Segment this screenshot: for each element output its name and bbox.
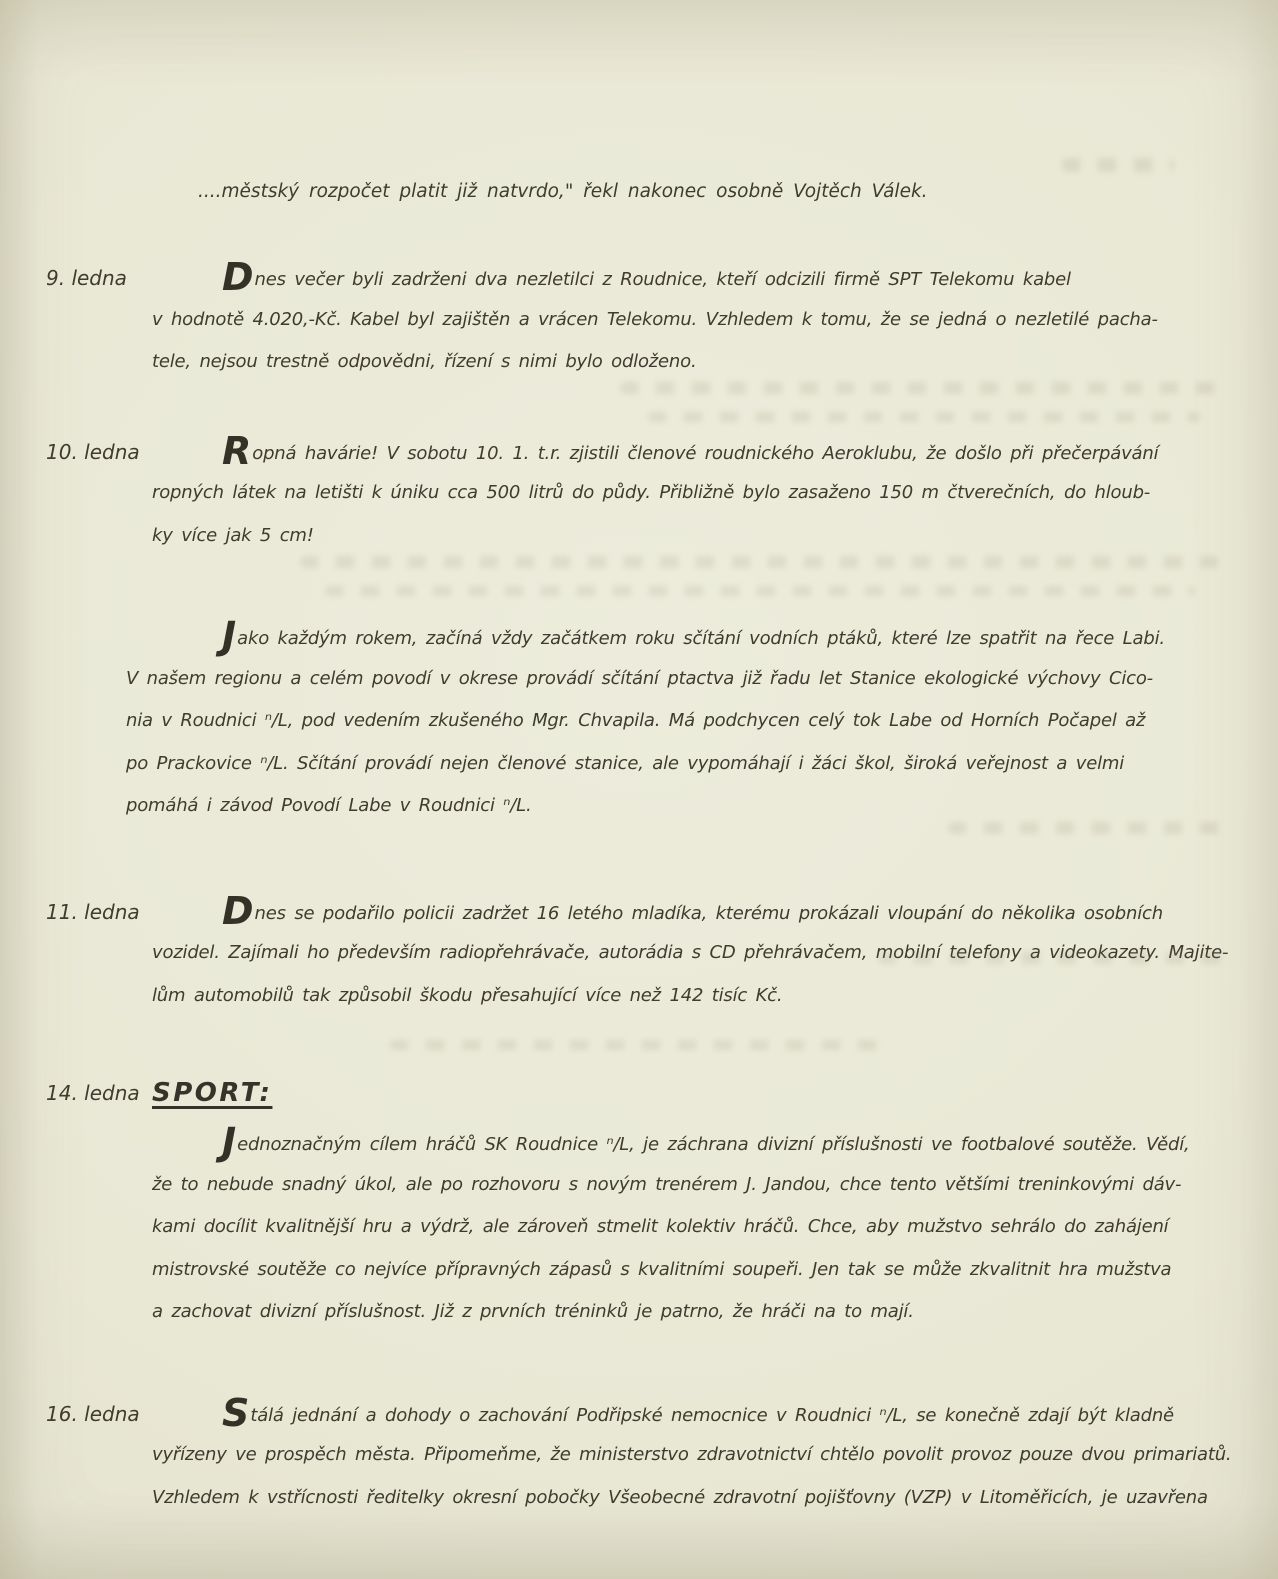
entry-line-text: nes se podařilo policii zadržet 16 letéh… xyxy=(255,903,1163,924)
entry-line: po Prackovice ⁿ/L. Sčítání provádí nejen… xyxy=(126,743,1250,786)
entry-date: 16. ledna xyxy=(0,1392,152,1436)
entry-line: V našem regionu a celém povodí v okrese … xyxy=(126,658,1250,701)
bleed-through-artifact xyxy=(300,556,1220,568)
drop-cap: J xyxy=(222,1120,236,1164)
entry-line-text: ako každým rokem, začíná vždy začátkem r… xyxy=(237,628,1165,649)
entry-body: Jako každým rokem, začíná vždy začátkem … xyxy=(152,615,1278,828)
entry-body: Ropná havárie! V sobotu 10. 1. t.r. zjis… xyxy=(152,430,1278,558)
entry-line: a zachovat divizní příslušnost. Již z pr… xyxy=(152,1291,1250,1334)
entry-14-ledna-sport: 14. ledna SPORT: Jednoznačným cílem hráč… xyxy=(0,1071,1278,1334)
entry-line: že to nebude snadný úkol, ale po rozhovo… xyxy=(152,1164,1250,1207)
entry-9-ledna: 9. ledna Dnes večer byli zadrženi dva ne… xyxy=(0,256,1278,384)
entry-line: nia v Roudnici ⁿ/L, pod vedením zkušenéh… xyxy=(126,700,1250,743)
entry-10-ledna: 10. ledna Ropná havárie! V sobotu 10. 1.… xyxy=(0,430,1278,558)
entry-line: tele, nejsou trestně odpovědni, řízení s… xyxy=(152,341,1250,384)
entry-date: 9. ledna xyxy=(0,256,152,300)
entry-line-text: nes večer byli zadrženi dva nezletilci z… xyxy=(255,269,1071,290)
entry-line: ropných látek na letišti k úniku cca 500… xyxy=(152,472,1250,515)
entry-date: 11. ledna xyxy=(0,890,152,934)
drop-cap: D xyxy=(222,255,254,299)
continuation-line: ....městský rozpočet platit již natvrdo,… xyxy=(198,170,1278,214)
entry-line: kami docílit kvalitnější hru a výdrž, al… xyxy=(152,1206,1250,1249)
entry-line: Dnes se podařilo policii zadržet 16 leté… xyxy=(152,890,1250,933)
entry-bird-census: Jako každým rokem, začíná vždy začátkem … xyxy=(0,615,1278,828)
drop-cap: D xyxy=(222,889,254,933)
bleed-through-artifact xyxy=(648,412,1200,422)
sport-heading-row: SPORT: xyxy=(152,1071,1250,1121)
entry-line: ky více jak 5 cm! xyxy=(152,515,1250,558)
entry-line: Jako každým rokem, začíná vždy začátkem … xyxy=(152,615,1250,658)
chronicle-page: ....městský rozpočet platit již natvrdo,… xyxy=(0,0,1278,1579)
entry-line: vozidel. Zajímali ho především radiopřeh… xyxy=(152,932,1250,975)
bleed-through-artifact xyxy=(390,1040,890,1050)
entry-date: 10. ledna xyxy=(0,430,152,474)
entry-date: 14. ledna xyxy=(0,1071,152,1115)
entry-line: lům automobilů tak způsobil škodu přesah… xyxy=(152,975,1250,1018)
entry-line: Vzhledem k vstřícnosti ředitelky okresní… xyxy=(152,1477,1250,1520)
bleed-through-artifact xyxy=(620,382,1220,394)
entry-body: Stálá jednání a dohody o zachování Podři… xyxy=(152,1392,1278,1520)
entry-line: v hodnotě 4.020,-Kč. Kabel byl zajištěn … xyxy=(152,299,1250,342)
entry-line: pomáhá i závod Povodí Labe v Roudnici ⁿ/… xyxy=(126,785,1250,828)
bleed-through-artifact xyxy=(325,586,1195,596)
entry-line-text: ednoznačným cílem hráčů SK Roudnice ⁿ/L,… xyxy=(237,1134,1189,1155)
entry-16-ledna: 16. ledna Stálá jednání a dohody o zacho… xyxy=(0,1392,1278,1520)
entry-line: Stálá jednání a dohody o zachování Podři… xyxy=(152,1392,1250,1435)
entry-line: vyřízeny ve prospěch města. Připomeňme, … xyxy=(152,1434,1250,1477)
drop-cap: R xyxy=(222,429,251,473)
entry-line-text: opná havárie! V sobotu 10. 1. t.r. zjist… xyxy=(252,443,1158,464)
drop-cap: S xyxy=(222,1391,249,1435)
entry-body: SPORT: Jednoznačným cílem hráčů SK Roudn… xyxy=(152,1071,1278,1334)
sport-heading: SPORT: xyxy=(152,1071,272,1119)
entry-line: Ropná havárie! V sobotu 10. 1. t.r. zjis… xyxy=(152,430,1250,473)
drop-cap: J xyxy=(222,614,236,658)
entry-body: Dnes se podařilo policii zadržet 16 leté… xyxy=(152,890,1278,1018)
entry-line-text: tálá jednání a dohody o zachování Podřip… xyxy=(250,1405,1174,1426)
entry-line: Jednoznačným cílem hráčů SK Roudnice ⁿ/L… xyxy=(152,1121,1250,1164)
entry-11-ledna: 11. ledna Dnes se podařilo policii zadrž… xyxy=(0,890,1278,1018)
entry-body: Dnes večer byli zadrženi dva nezletilci … xyxy=(152,256,1278,384)
entry-line: mistrovské soutěže co nejvíce přípravnýc… xyxy=(152,1249,1250,1292)
entry-line: Dnes večer byli zadrženi dva nezletilci … xyxy=(152,256,1250,299)
